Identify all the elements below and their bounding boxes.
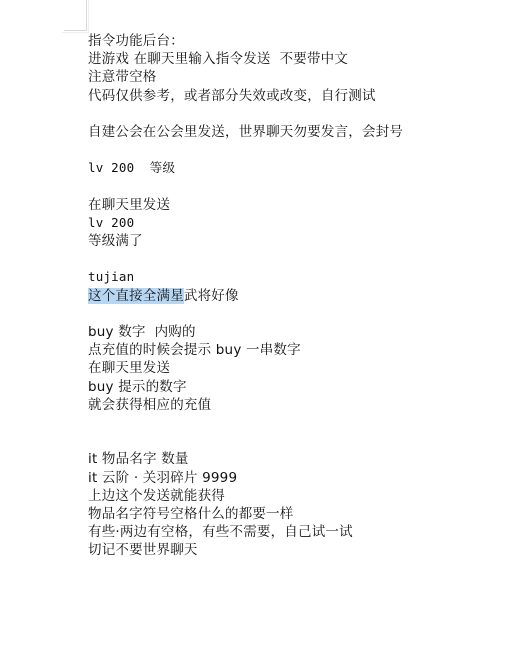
blank-line [88, 178, 508, 196]
doc-line: buy 提示的数字 [88, 378, 508, 396]
doc-line: 在聊天里发送 [88, 359, 508, 377]
selected-text[interactable]: 这个直接全满星 [88, 288, 184, 304]
doc-line: 注意带空格 [88, 68, 508, 86]
command-line-it: it 物品名字 数量 [88, 450, 508, 468]
blank-line [88, 105, 508, 123]
command-line-it-example: it 云阶 · 关羽碎片 9999 [88, 469, 508, 487]
page-margin-marker [64, 0, 87, 31]
doc-line-selected: 这个直接全满星武将好像 [88, 287, 508, 305]
doc-line: 自建公会在公会里发送，世界聊天勿要发言，会封号 [88, 123, 508, 141]
blank-line [88, 141, 508, 159]
command-line-tujian: tujian [88, 268, 508, 286]
command-line-lv: lv 200 等级 [88, 159, 508, 177]
doc-line: 就会获得相应的充值 [88, 396, 508, 414]
doc-line: 有些·两边有空格，有些不需要，自己试一试 [88, 523, 508, 541]
doc-line: 切记不要世界聊天 [88, 541, 508, 559]
doc-text: 武将好像 [184, 288, 239, 304]
doc-title-line: 指令功能后台： [88, 32, 508, 50]
document-body[interactable]: 指令功能后台： 进游戏 在聊天里输入指令发送 不要带中文 注意带空格 代码仅供参… [88, 32, 508, 559]
blank-line [88, 305, 508, 323]
doc-line: 等级满了 [88, 232, 508, 250]
doc-line: 点充值的时候会提示 buy 一串数字 [88, 341, 508, 359]
doc-line: 进游戏 在聊天里输入指令发送 不要带中文 [88, 50, 508, 68]
doc-line: 上边这个发送就能获得 [88, 487, 508, 505]
doc-line: 在聊天里发送 [88, 196, 508, 214]
blank-line [88, 432, 508, 450]
command-line-lv: lv 200 [88, 214, 508, 232]
blank-line [88, 250, 508, 268]
blank-line [88, 414, 508, 432]
doc-line: 代码仅供参考，或者部分失效或改变，自行测试 [88, 87, 508, 105]
doc-line: 物品名字符号空格什么的都要一样 [88, 505, 508, 523]
command-line-buy: buy 数字 内购的 [88, 323, 508, 341]
